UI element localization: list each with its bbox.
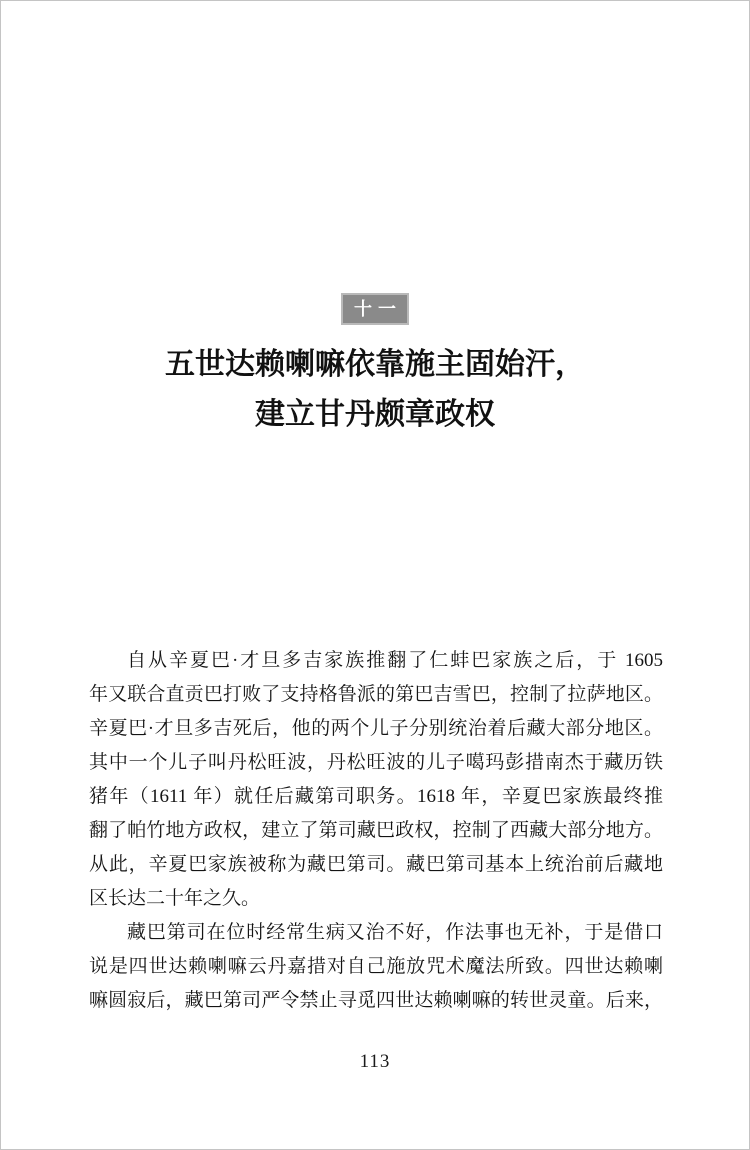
text-line: 年又联合直贡巴打败了支持格鲁派的第巴吉雪巴，控制了拉萨地区。 bbox=[89, 678, 663, 712]
text-line: 猪年（1611 年）就任后藏第司职务。1618 年，辛夏巴家族最终推 bbox=[89, 780, 663, 814]
text-line: 翻了帕竹地方政权，建立了第司藏巴政权，控制了西藏大部分地方。 bbox=[89, 814, 663, 848]
text-line: 区长达二十年之久。 bbox=[89, 882, 663, 916]
body-text: 自从辛夏巴·才旦多吉家族推翻了仁蚌巴家族之后，于 1605 年又联合直贡巴打败了… bbox=[89, 644, 663, 1018]
text-line: 藏巴第司在位时经常生病又治不好，作法事也无补，于是借口 bbox=[89, 916, 663, 950]
text-line: 辛夏巴·才旦多吉死后，他的两个儿子分别统治着后藏大部分地区。 bbox=[89, 712, 663, 746]
text-line: 从此，辛夏巴家族被称为藏巴第司。藏巴第司基本上统治前后藏地 bbox=[89, 848, 663, 882]
chapter-title-line-2: 建立甘丹颇章政权 bbox=[1, 390, 749, 440]
text-line: 自从辛夏巴·才旦多吉家族推翻了仁蚌巴家族之后，于 1605 bbox=[89, 644, 663, 678]
text-line: 嘛圆寂后，藏巴第司严令禁止寻觅四世达赖喇嘛的转世灵童。后来， bbox=[89, 984, 663, 1018]
chapter-title-line-1: 五世达赖喇嘛依靠施主固始汗， bbox=[1, 340, 749, 390]
chapter-title: 五世达赖喇嘛依靠施主固始汗， 建立甘丹颇章政权 bbox=[1, 340, 749, 440]
text-line: 说是四世达赖喇嘛云丹嘉措对自己施放咒术魔法所致。四世达赖喇 bbox=[89, 950, 663, 984]
chapter-number-badge: 十一 bbox=[341, 293, 409, 325]
book-page: 十一 五世达赖喇嘛依靠施主固始汗， 建立甘丹颇章政权 自从辛夏巴·才旦多吉家族推… bbox=[0, 0, 750, 1150]
page-number: 113 bbox=[1, 1051, 749, 1073]
text-line: 其中一个儿子叫丹松旺波，丹松旺波的儿子噶玛彭措南杰于藏历铁 bbox=[89, 746, 663, 780]
